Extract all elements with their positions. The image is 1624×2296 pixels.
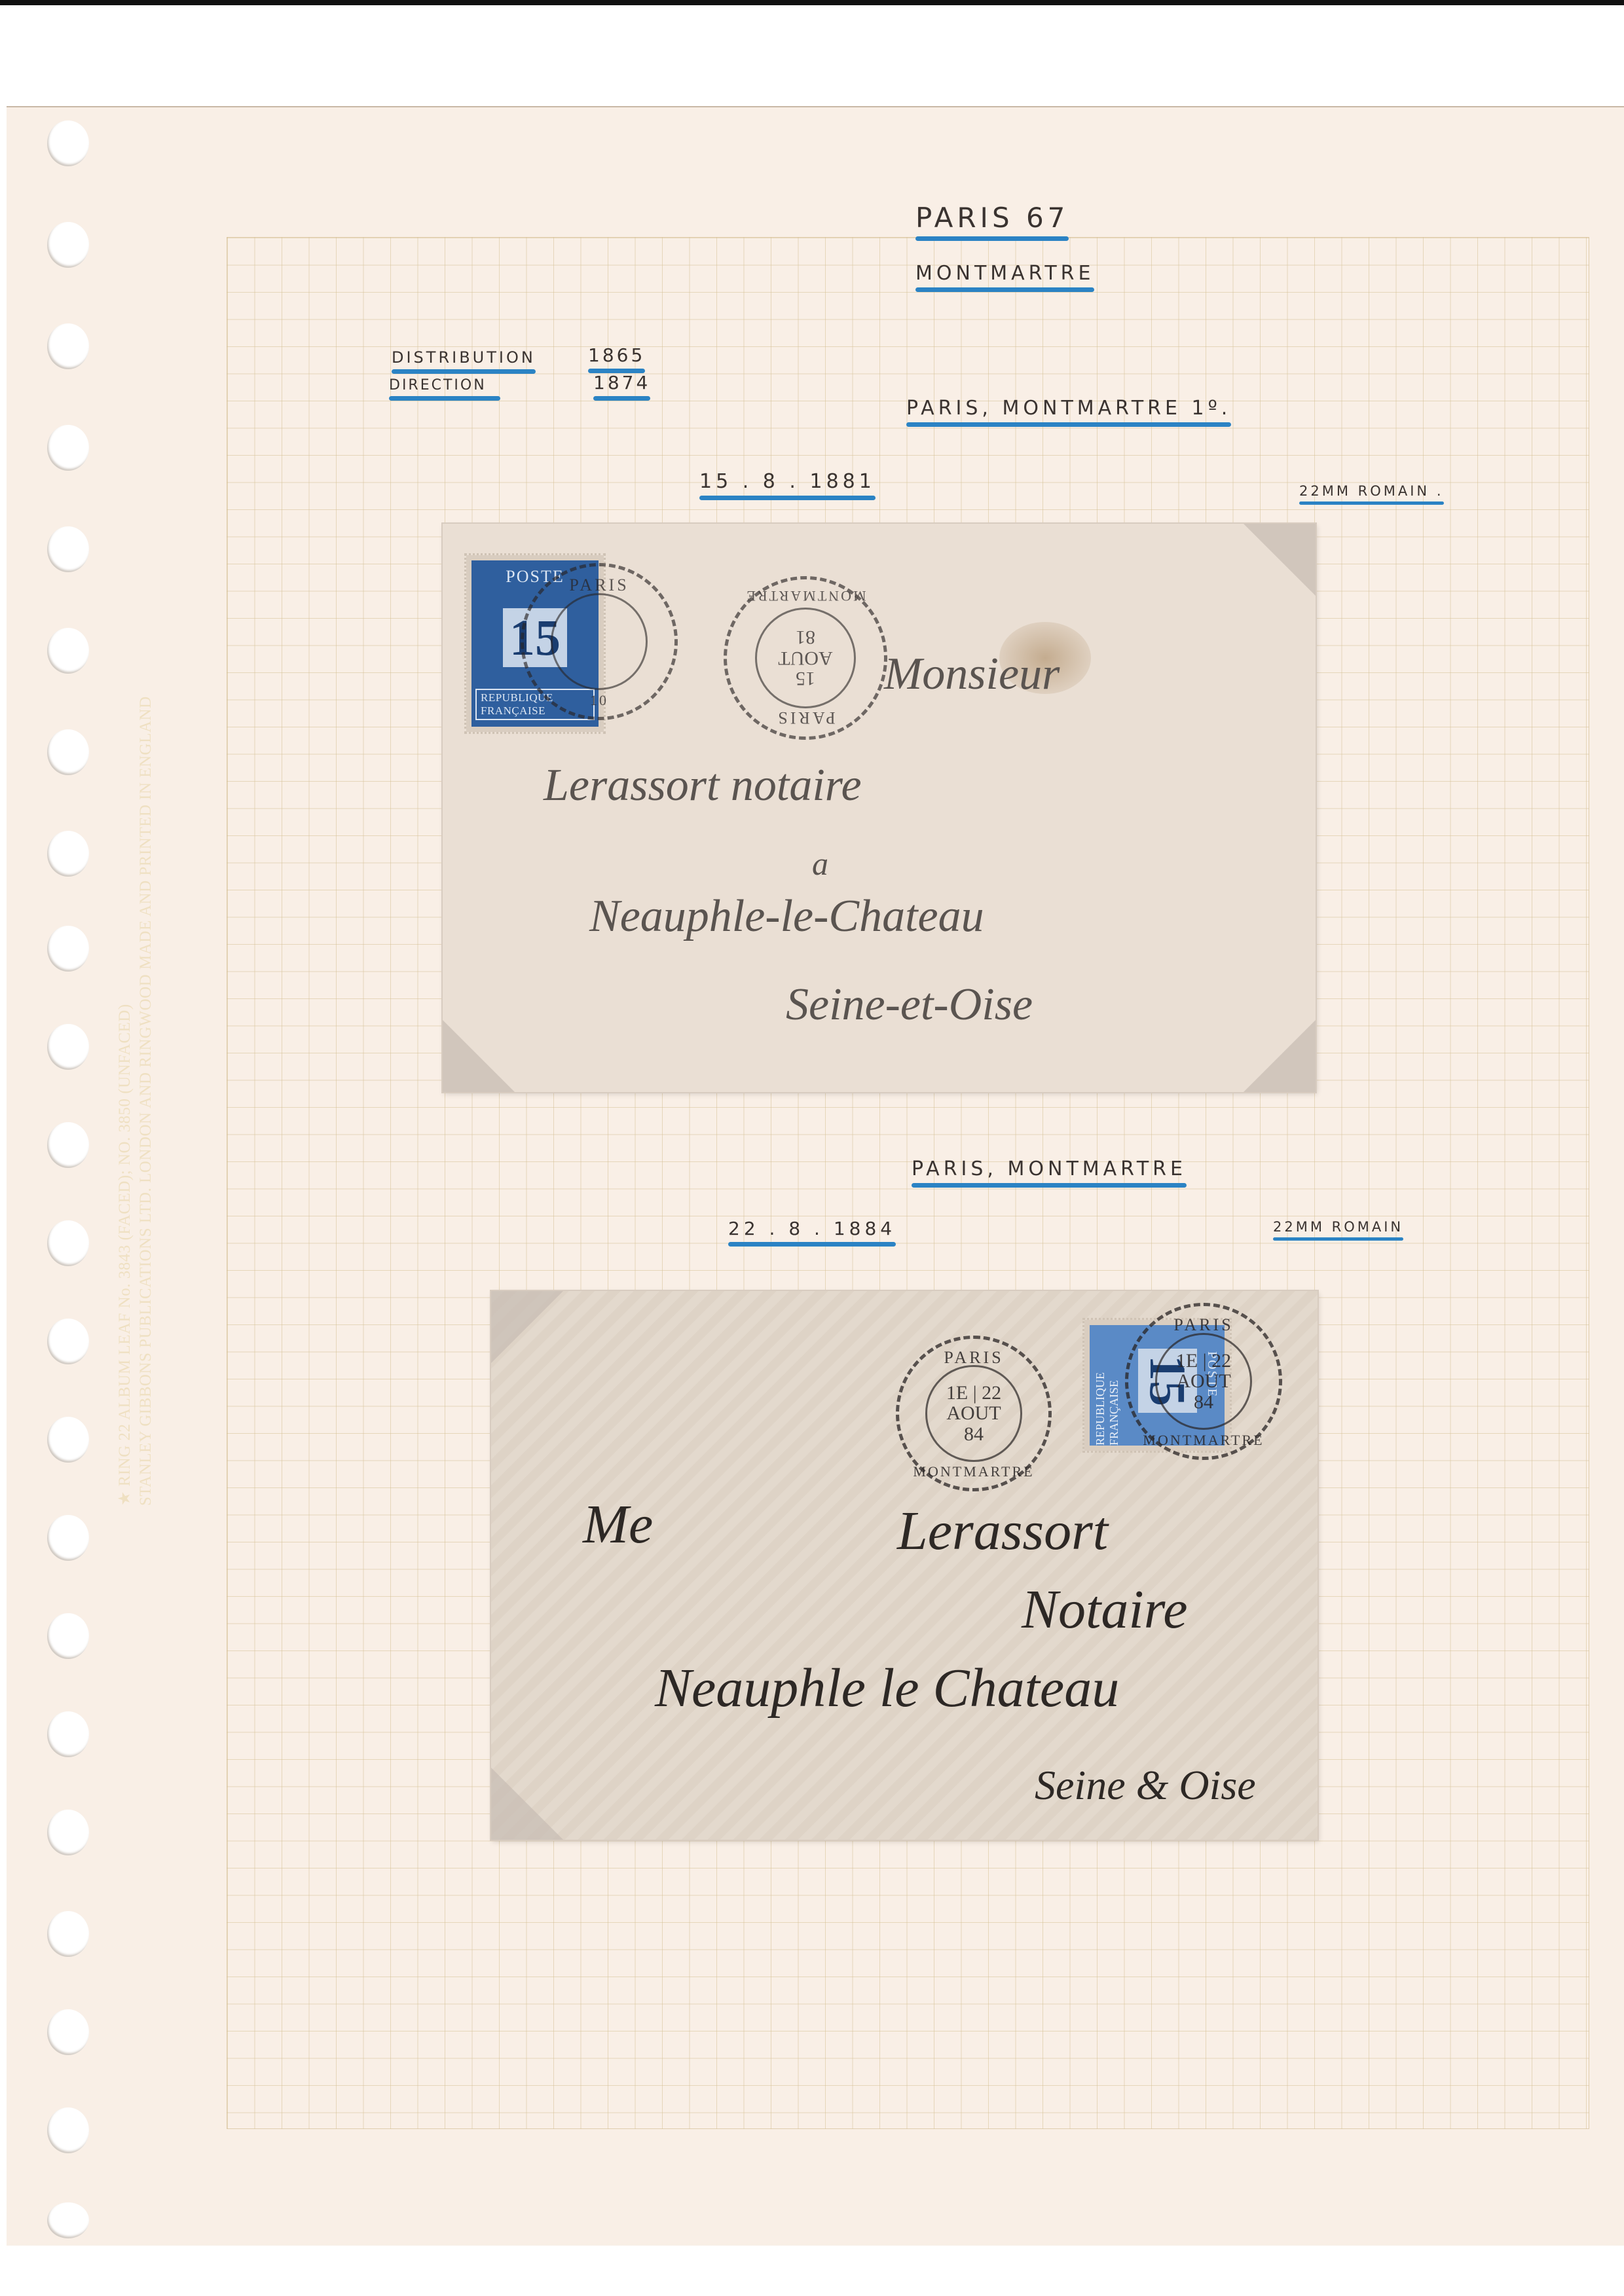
cover-1-heading: PARIS, MONTMARTRE 1º. (906, 397, 1231, 427)
cover-2-address-line: Seine & Oise (1035, 1761, 1256, 1810)
imprint-line-1: ★ RING 22 ALBUM LEAF No. 3843 (FACED); N… (115, 696, 136, 1506)
photo-corner (443, 1020, 515, 1092)
cover-2-address-line: Notaire (1022, 1578, 1188, 1641)
binder-hole (47, 222, 89, 268)
binder-hole (47, 120, 89, 166)
cover-1-address-line: Lerassort notaire (544, 759, 862, 812)
cover-1-postmark-datestamp: PARIS 15 AOUT 81 MONTMARTRE (724, 576, 887, 740)
direction-label: DIRECTION (389, 377, 500, 401)
binder-hole (47, 2107, 89, 2153)
photo-corner (491, 1768, 563, 1840)
cover-2-date: 22 . 8 . 1884 (728, 1218, 896, 1247)
cover-1-address-line: a (812, 845, 828, 883)
binder-hole (47, 1122, 89, 1168)
binder-hole (47, 1319, 89, 1364)
cover-2-postmark-datestamp: PARIS 1E | 22 AOUT 84 MONTMARTRE (896, 1336, 1052, 1491)
binder-hole (47, 1810, 89, 1855)
binder-hole (47, 831, 89, 877)
graph-grid (227, 237, 1589, 2129)
page-subtitle: MONTMARTRE (915, 262, 1094, 292)
cover-1-postmark-stamp: PARIS 10 (521, 563, 678, 720)
binder-hole (47, 1417, 89, 1463)
cover-2-postmark-on-stamp: PARIS 1E | 22 AOUT 84 MONTMARTRE (1125, 1303, 1282, 1460)
cover-1-address-line: Monsieur (884, 648, 1060, 701)
photo-corner (1244, 524, 1316, 596)
cover-2-address-line: Lerassort (897, 1499, 1108, 1563)
cover-2-heading: PARIS, MONTMARTRE (912, 1157, 1187, 1188)
binder-hole (47, 1024, 89, 1070)
cover-1-address-line: Neauphle-le-Chateau (589, 890, 984, 943)
cover-2-address-line: Me (583, 1493, 653, 1556)
binder-hole (47, 425, 89, 471)
cover-1-date: 15 . 8 . 1881 (699, 470, 876, 500)
binder-hole (47, 926, 89, 972)
binder-hole (47, 323, 89, 369)
binder-hole (47, 1711, 89, 1757)
photo-corner (491, 1291, 563, 1363)
binder-hole (47, 628, 89, 674)
page-title: PARIS 67 (915, 202, 1069, 241)
imprint-line-2: STANLEY GIBBONS PUBLICATIONS LTD. LONDON… (136, 696, 157, 1506)
scan-top-edge (0, 0, 1624, 5)
distribution-label: DISTRIBUTION (392, 348, 536, 374)
binder-hole (47, 2009, 89, 2055)
photo-corner (1244, 1020, 1316, 1092)
publisher-imprint: ★ RING 22 ALBUM LEAF No. 3843 (FACED); N… (115, 696, 157, 1506)
binder-hole (47, 1220, 89, 1266)
binder-hole (47, 1911, 89, 1957)
distribution-year: 1865 (588, 344, 645, 373)
binder-hole (47, 526, 89, 572)
binder-hole (47, 1515, 89, 1561)
binder-hole (47, 1613, 89, 1659)
cover-2-address-line: Neauphle le Chateau (655, 1656, 1119, 1720)
cover-1-cancel-type: 22MM ROMAIN . (1299, 483, 1444, 505)
direction-year: 1874 (593, 372, 650, 401)
binder-hole (47, 2202, 89, 2238)
cover-1-address-line: Seine-et-Oise (786, 979, 1033, 1031)
binder-hole (47, 729, 89, 775)
cover-2-cancel-type: 22MM ROMAIN (1273, 1219, 1403, 1241)
